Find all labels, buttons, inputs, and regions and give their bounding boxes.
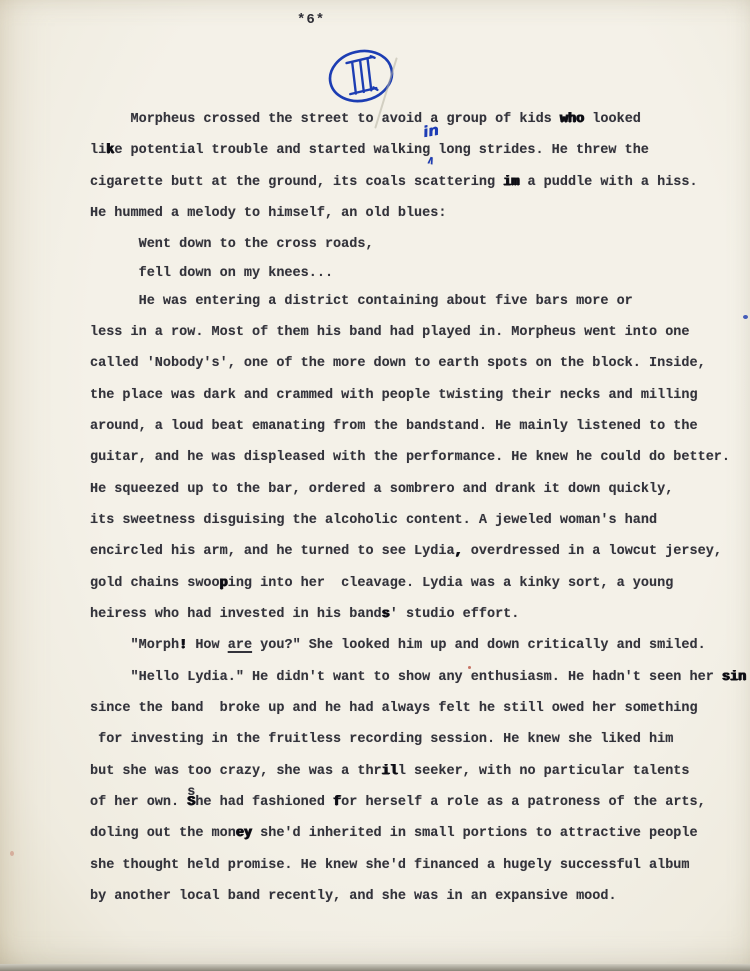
- typed-segment-u: are: [228, 638, 252, 653]
- typed-line: He squeezed up to the bar, ordered a som…: [90, 474, 750, 505]
- typed-segment: li: [90, 143, 106, 158]
- typed-segment-ov: ,: [455, 544, 463, 559]
- typed-line: He was entering a district containing ab…: [90, 286, 750, 317]
- typed-segment: you?" She looked him up and down critica…: [252, 638, 706, 653]
- typed-line: of her own. sShe had fashioned for herse…: [90, 787, 750, 818]
- typed-segment-ov: f: [333, 795, 341, 810]
- typed-segment: ing into her cleavage. Lydia was a kinky…: [228, 576, 674, 591]
- typed-line: Went down to the cross roads,: [90, 229, 750, 260]
- typed-line: by another local band recently, and she …: [90, 881, 750, 912]
- typed-line: heiress who had invested in his bands' s…: [90, 599, 750, 630]
- typed-segment: "Morph: [90, 638, 179, 653]
- typed-segment: cigarette butt at the ground, its coals …: [90, 175, 503, 190]
- typed-line: around, a loud beat emanating from the b…: [90, 411, 750, 442]
- typed-line: doling out the money she'd inherited in …: [90, 818, 750, 849]
- typed-segment: less in a row. Most of them his band had…: [90, 325, 690, 340]
- typed-segment: or herself a role as a patroness of the …: [341, 795, 706, 810]
- typed-line: since the band broke up and he had alway…: [90, 693, 750, 724]
- typed-line: He hummed a melody to himself, an old bl…: [90, 198, 750, 229]
- typed-segment-ov: sin: [722, 670, 746, 685]
- typed-line: the place was dark and crammed with peop…: [90, 380, 750, 411]
- typed-segment: by another local band recently, and she …: [90, 889, 617, 904]
- typed-segment-ov: ey: [236, 826, 252, 841]
- typed-segment: guitar, and he was displeased with the p…: [90, 450, 730, 465]
- typed-segment: doling out the mon: [90, 826, 236, 841]
- manuscript-page: *6* Morpheus crossed the street to avoid…: [0, 0, 750, 971]
- typed-line: its sweetness disguising the alcoholic c…: [90, 505, 750, 536]
- typed-segment: long strides. He threw the: [438, 143, 649, 158]
- roman-numeral-strokes: [346, 56, 377, 94]
- ink-speck-red: [468, 666, 471, 669]
- typed-segment: a puddle with a hiss.: [519, 175, 697, 190]
- typed-segment: encircled his arm, and he turned to see …: [90, 544, 455, 559]
- typed-segment-ov: im: [503, 175, 519, 190]
- typed-line: fell down on my knees...: [90, 261, 750, 286]
- typed-segment: fell down on my knees...: [90, 266, 333, 281]
- typed-line: like potential trouble and started walki…: [90, 135, 750, 166]
- typed-line: gold chains swooping into her cleavage. …: [90, 568, 750, 599]
- typed-segment: its sweetness disguising the alcoholic c…: [90, 513, 657, 528]
- typed-line: cigarette butt at the ground, its coals …: [90, 167, 750, 198]
- typed-segment: for investing in the fruitless recording…: [90, 732, 673, 747]
- typed-segment: around, a loud beat emanating from the b…: [90, 419, 698, 434]
- typed-segment: she'd inherited in small portions to att…: [252, 826, 698, 841]
- paper-bottom-edge: [0, 964, 750, 971]
- typed-segment-ov: s: [382, 607, 390, 622]
- typed-segment: Went down to the cross roads,: [90, 237, 374, 252]
- typed-line: called 'Nobody's', one of the more down …: [90, 348, 750, 379]
- typed-segment: but she was too crazy, she was a thr: [90, 764, 382, 779]
- typed-segment: heiress who had invested in his band: [90, 607, 382, 622]
- ink-speck-blue: [743, 315, 748, 319]
- typed-segment: ' studio effort.: [390, 607, 520, 622]
- typed-line: encircled his arm, and he turned to see …: [90, 536, 750, 567]
- typed-segment-ov: who: [560, 112, 584, 127]
- typed-segment: He squeezed up to the bar, ordered a som…: [90, 482, 673, 497]
- typed-segment: "Hello Lydia." He didn't want to show an…: [90, 670, 722, 685]
- typed-line: "Morph! How are you?" She looked him up …: [90, 630, 750, 661]
- typed-segment: of her own.: [90, 795, 187, 810]
- typed-line: she thought held promise. He knew she'd …: [90, 850, 750, 881]
- typed-segment: gold chains swoo: [90, 576, 220, 591]
- handwritten-insertion: in∧: [430, 152, 438, 153]
- typed-line: less in a row. Most of them his band had…: [90, 317, 750, 348]
- typed-segment-ov: il: [382, 764, 398, 779]
- typed-segment: since the band broke up and he had alway…: [90, 701, 698, 716]
- chapter-numeral-circled: [325, 45, 397, 109]
- page-number: *6*: [297, 12, 325, 28]
- typed-segment: the place was dark and crammed with peop…: [90, 388, 698, 403]
- typed-segment: e potential trouble and started walking: [114, 143, 430, 158]
- typed-lines: Morpheus crossed the street to avoid a g…: [90, 104, 750, 912]
- typed-segment: overdressed in a lowcut jersey,: [463, 544, 722, 559]
- typed-line: for investing in the fruitless recording…: [90, 724, 750, 755]
- typed-segment: he had fashioned: [195, 795, 333, 810]
- ink-speck-pink: [10, 851, 14, 856]
- typed-segment: looked: [584, 112, 641, 127]
- typed-line: guitar, and he was displeased with the p…: [90, 442, 750, 473]
- typed-segment: He was entering a district containing ab…: [90, 294, 633, 309]
- typed-segment: she thought held promise. He knew she'd …: [90, 858, 690, 873]
- typed-line: "Hello Lydia." He didn't want to show an…: [90, 662, 750, 693]
- typed-line: but she was too crazy, she was a thrill …: [90, 756, 750, 787]
- typed-segment: called 'Nobody's', one of the more down …: [90, 356, 706, 371]
- typed-segment-ov: p: [220, 576, 228, 591]
- typed-segment: How: [187, 638, 228, 653]
- typed-segment: He hummed a melody to himself, an old bl…: [90, 206, 446, 221]
- typed-segment: l seeker, with no particular talents: [398, 764, 690, 779]
- typed-segment: Morpheus crossed the street to avoid a g…: [90, 112, 560, 127]
